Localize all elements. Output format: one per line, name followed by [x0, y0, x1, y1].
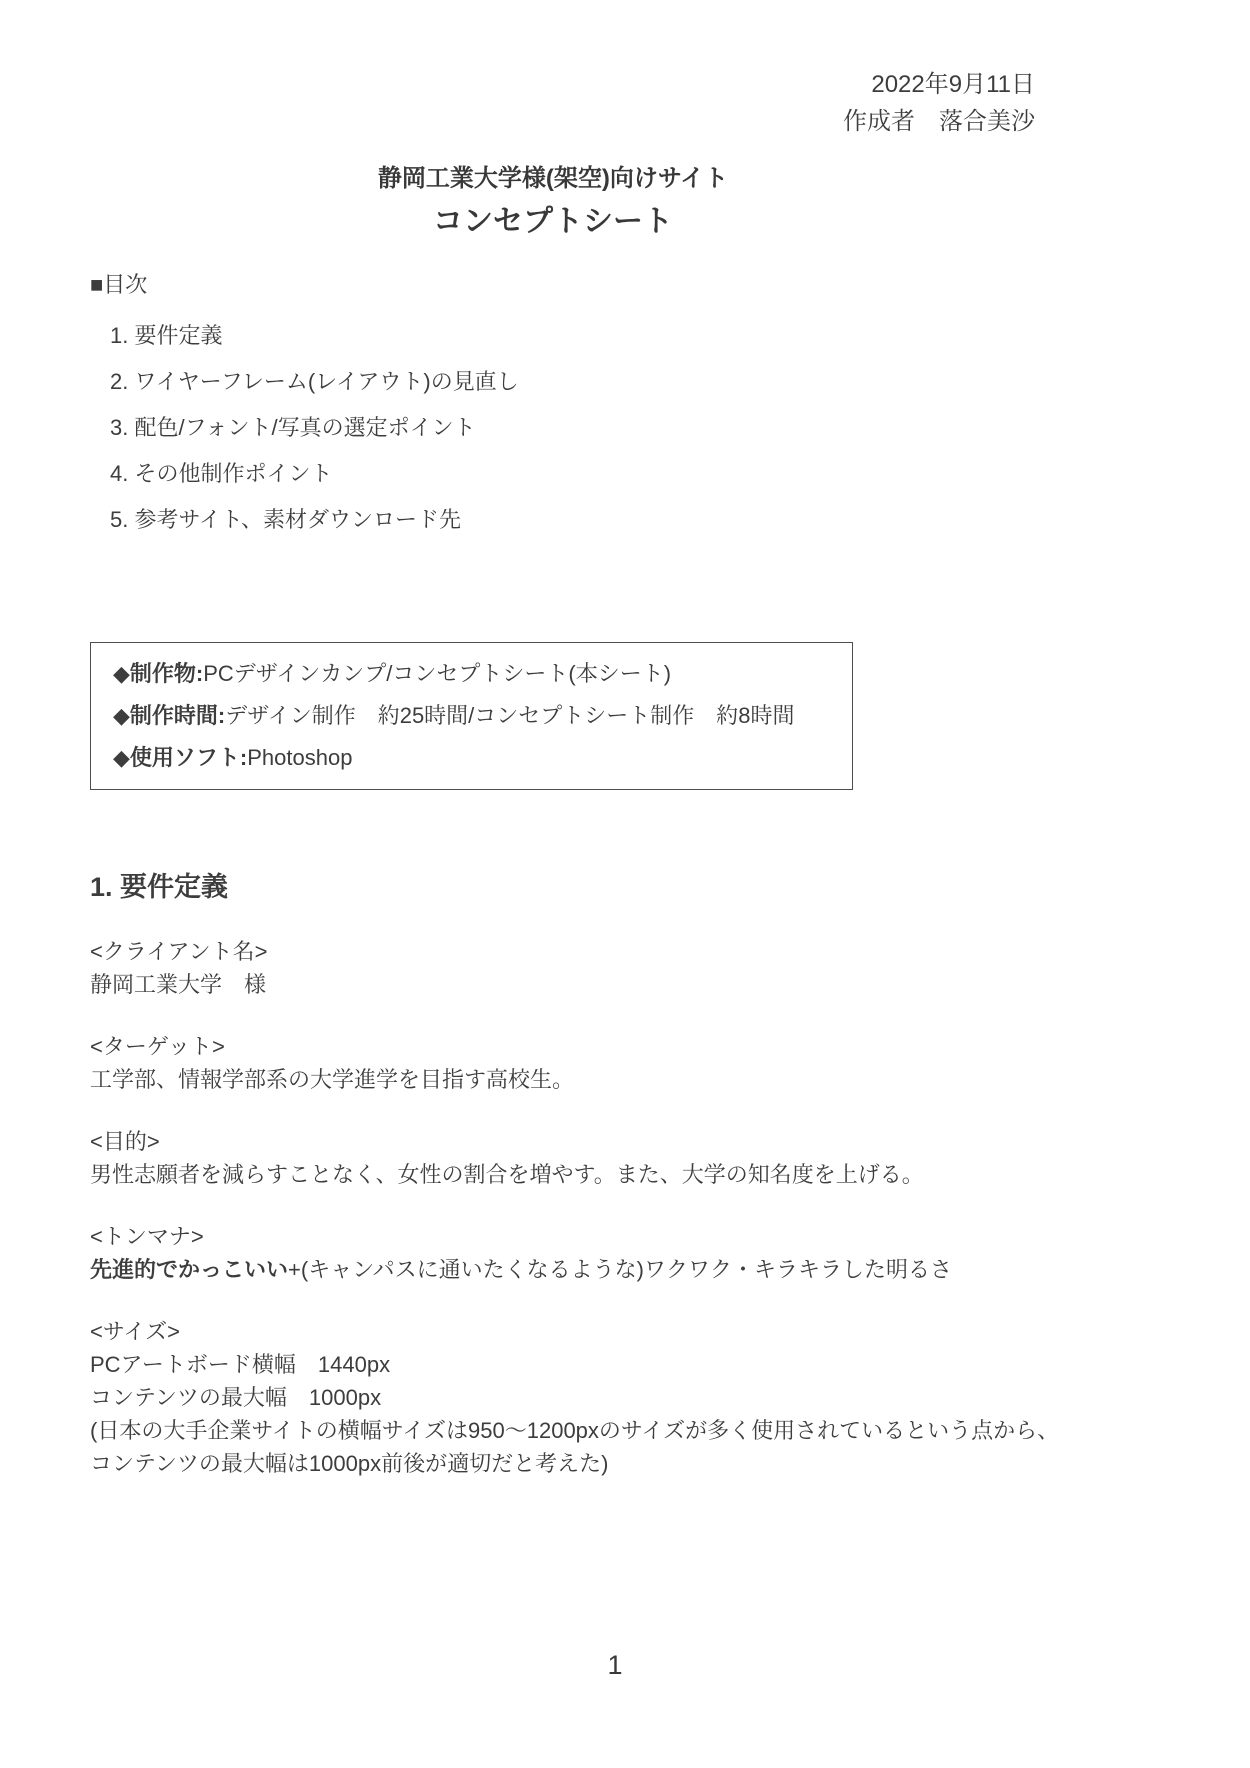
block-line: (日本の大手企業サイトの横幅サイズは950〜1200pxのサイズが多く使用されて…: [90, 1414, 1165, 1447]
info-row-value: デザイン制作 約25時間/コンセプトシート制作 約8時間: [225, 703, 794, 728]
author-text: 作成者 落合美沙: [843, 103, 1035, 140]
text-segment: コンテンツの最大幅 1000px: [90, 1385, 381, 1410]
block-line: 工学部、情報学部系の大学進学を目指す高校生。: [90, 1063, 1165, 1096]
info-row-3: ◆使用ソフト:Photoshop: [113, 737, 834, 779]
block-line: PCアートボード横幅 1440px: [90, 1348, 1165, 1381]
title-block: 静岡工業大学様(架空)向けサイト コンセプトシート: [90, 162, 1016, 242]
info-row-label: ◆制作物:: [113, 661, 203, 686]
body-block: <トンマナ>先進的でかっこいい+(キャンパスに通いたくなるような)ワクワク・キラ…: [90, 1220, 1165, 1286]
text-segment: +(キャンパスに通いたくなるような)ワクワク・キラキラした明るさ: [288, 1257, 952, 1282]
info-row-1: ◆制作物:PCデザインカンプ/コンセプトシート(本シート): [113, 653, 834, 695]
info-row-value: PCデザインカンプ/コンセプトシート(本シート): [203, 661, 671, 686]
document-title: コンセプトシート: [90, 202, 1016, 242]
toc-item-1: 1. 要件定義: [110, 322, 990, 350]
toc-item-4: 4. その他制作ポイント: [110, 460, 990, 488]
block-label: <目的>: [90, 1125, 1165, 1158]
body-block: <目的>男性志願者を減らすことなく、女性の割合を増やす。また、大学の知名度を上げ…: [90, 1125, 1165, 1191]
text-segment: 工学部、情報学部系の大学進学を目指す高校生。: [90, 1067, 574, 1092]
document-subtitle: 静岡工業大学様(架空)向けサイト: [90, 162, 1016, 196]
page-number: 1: [90, 1650, 1140, 1681]
info-row-2: ◆制作時間:デザイン制作 約25時間/コンセプトシート制作 約8時間: [113, 695, 834, 737]
text-segment: コンテンツの最大幅は1000px前後が適切だと考えた): [90, 1451, 608, 1476]
text-segment: 男性志願者を減らすことなく、女性の割合を増やす。また、大学の知名度を上げる。: [90, 1162, 924, 1187]
body-block: <サイズ>PCアートボード横幅 1440pxコンテンツの最大幅 1000px(日…: [90, 1315, 1165, 1480]
table-of-contents: ■目次 1. 要件定義2. ワイヤーフレーム(レイアウト)の見直し3. 配色/フ…: [90, 268, 990, 552]
info-row-label: ◆制作時間:: [113, 703, 225, 728]
toc-item-5: 5. 参考サイト、素材ダウンロード先: [110, 506, 990, 534]
toc-item-2: 2. ワイヤーフレーム(レイアウト)の見直し: [110, 368, 990, 396]
toc-item-3: 3. 配色/フォント/写真の選定ポイント: [110, 414, 990, 442]
text-segment: 先進的でかっこいい: [90, 1257, 288, 1282]
text-segment: PCアートボード横幅 1440px: [90, 1352, 390, 1377]
text-segment: 静岡工業大学 様: [90, 972, 266, 997]
block-label: <クライアント名>: [90, 935, 1165, 968]
block-label: <ターゲット>: [90, 1030, 1165, 1063]
production-info-box: ◆制作物:PCデザインカンプ/コンセプトシート(本シート)◆制作時間:デザイン制…: [90, 642, 853, 790]
document-body: 1. 要件定義<クライアント名>静岡工業大学 様<ターゲット>工学部、情報学部系…: [90, 868, 1165, 1480]
body-block: <クライアント名>静岡工業大学 様: [90, 935, 1165, 1001]
body-block: <ターゲット>工学部、情報学部系の大学進学を目指す高校生。: [90, 1030, 1165, 1096]
section-heading-1: 1. 要件定義: [90, 868, 1165, 906]
block-label: <トンマナ>: [90, 1220, 1165, 1253]
block-line: 先進的でかっこいい+(キャンパスに通いたくなるような)ワクワク・キラキラした明る…: [90, 1253, 1165, 1286]
block-line: コンテンツの最大幅 1000px: [90, 1381, 1165, 1414]
concept-sheet-page: 2022年9月11日 作成者 落合美沙 静岡工業大学様(架空)向けサイト コンセ…: [0, 0, 1250, 1768]
info-row-label: ◆使用ソフト:: [113, 745, 247, 770]
document-header: 2022年9月11日 作成者 落合美沙: [843, 66, 1035, 140]
block-label: <サイズ>: [90, 1315, 1165, 1348]
block-line: コンテンツの最大幅は1000px前後が適切だと考えた): [90, 1447, 1165, 1480]
toc-heading: ■目次: [90, 268, 990, 302]
info-row-value: Photoshop: [247, 745, 352, 770]
block-line: 男性志願者を減らすことなく、女性の割合を増やす。また、大学の知名度を上げる。: [90, 1158, 1165, 1191]
text-segment: (日本の大手企業サイトの横幅サイズは950〜1200pxのサイズが多く使用されて…: [90, 1418, 1059, 1443]
block-line: 静岡工業大学 様: [90, 968, 1165, 1001]
toc-list: 1. 要件定義2. ワイヤーフレーム(レイアウト)の見直し3. 配色/フォント/…: [90, 322, 990, 534]
date-text: 2022年9月11日: [843, 66, 1035, 103]
